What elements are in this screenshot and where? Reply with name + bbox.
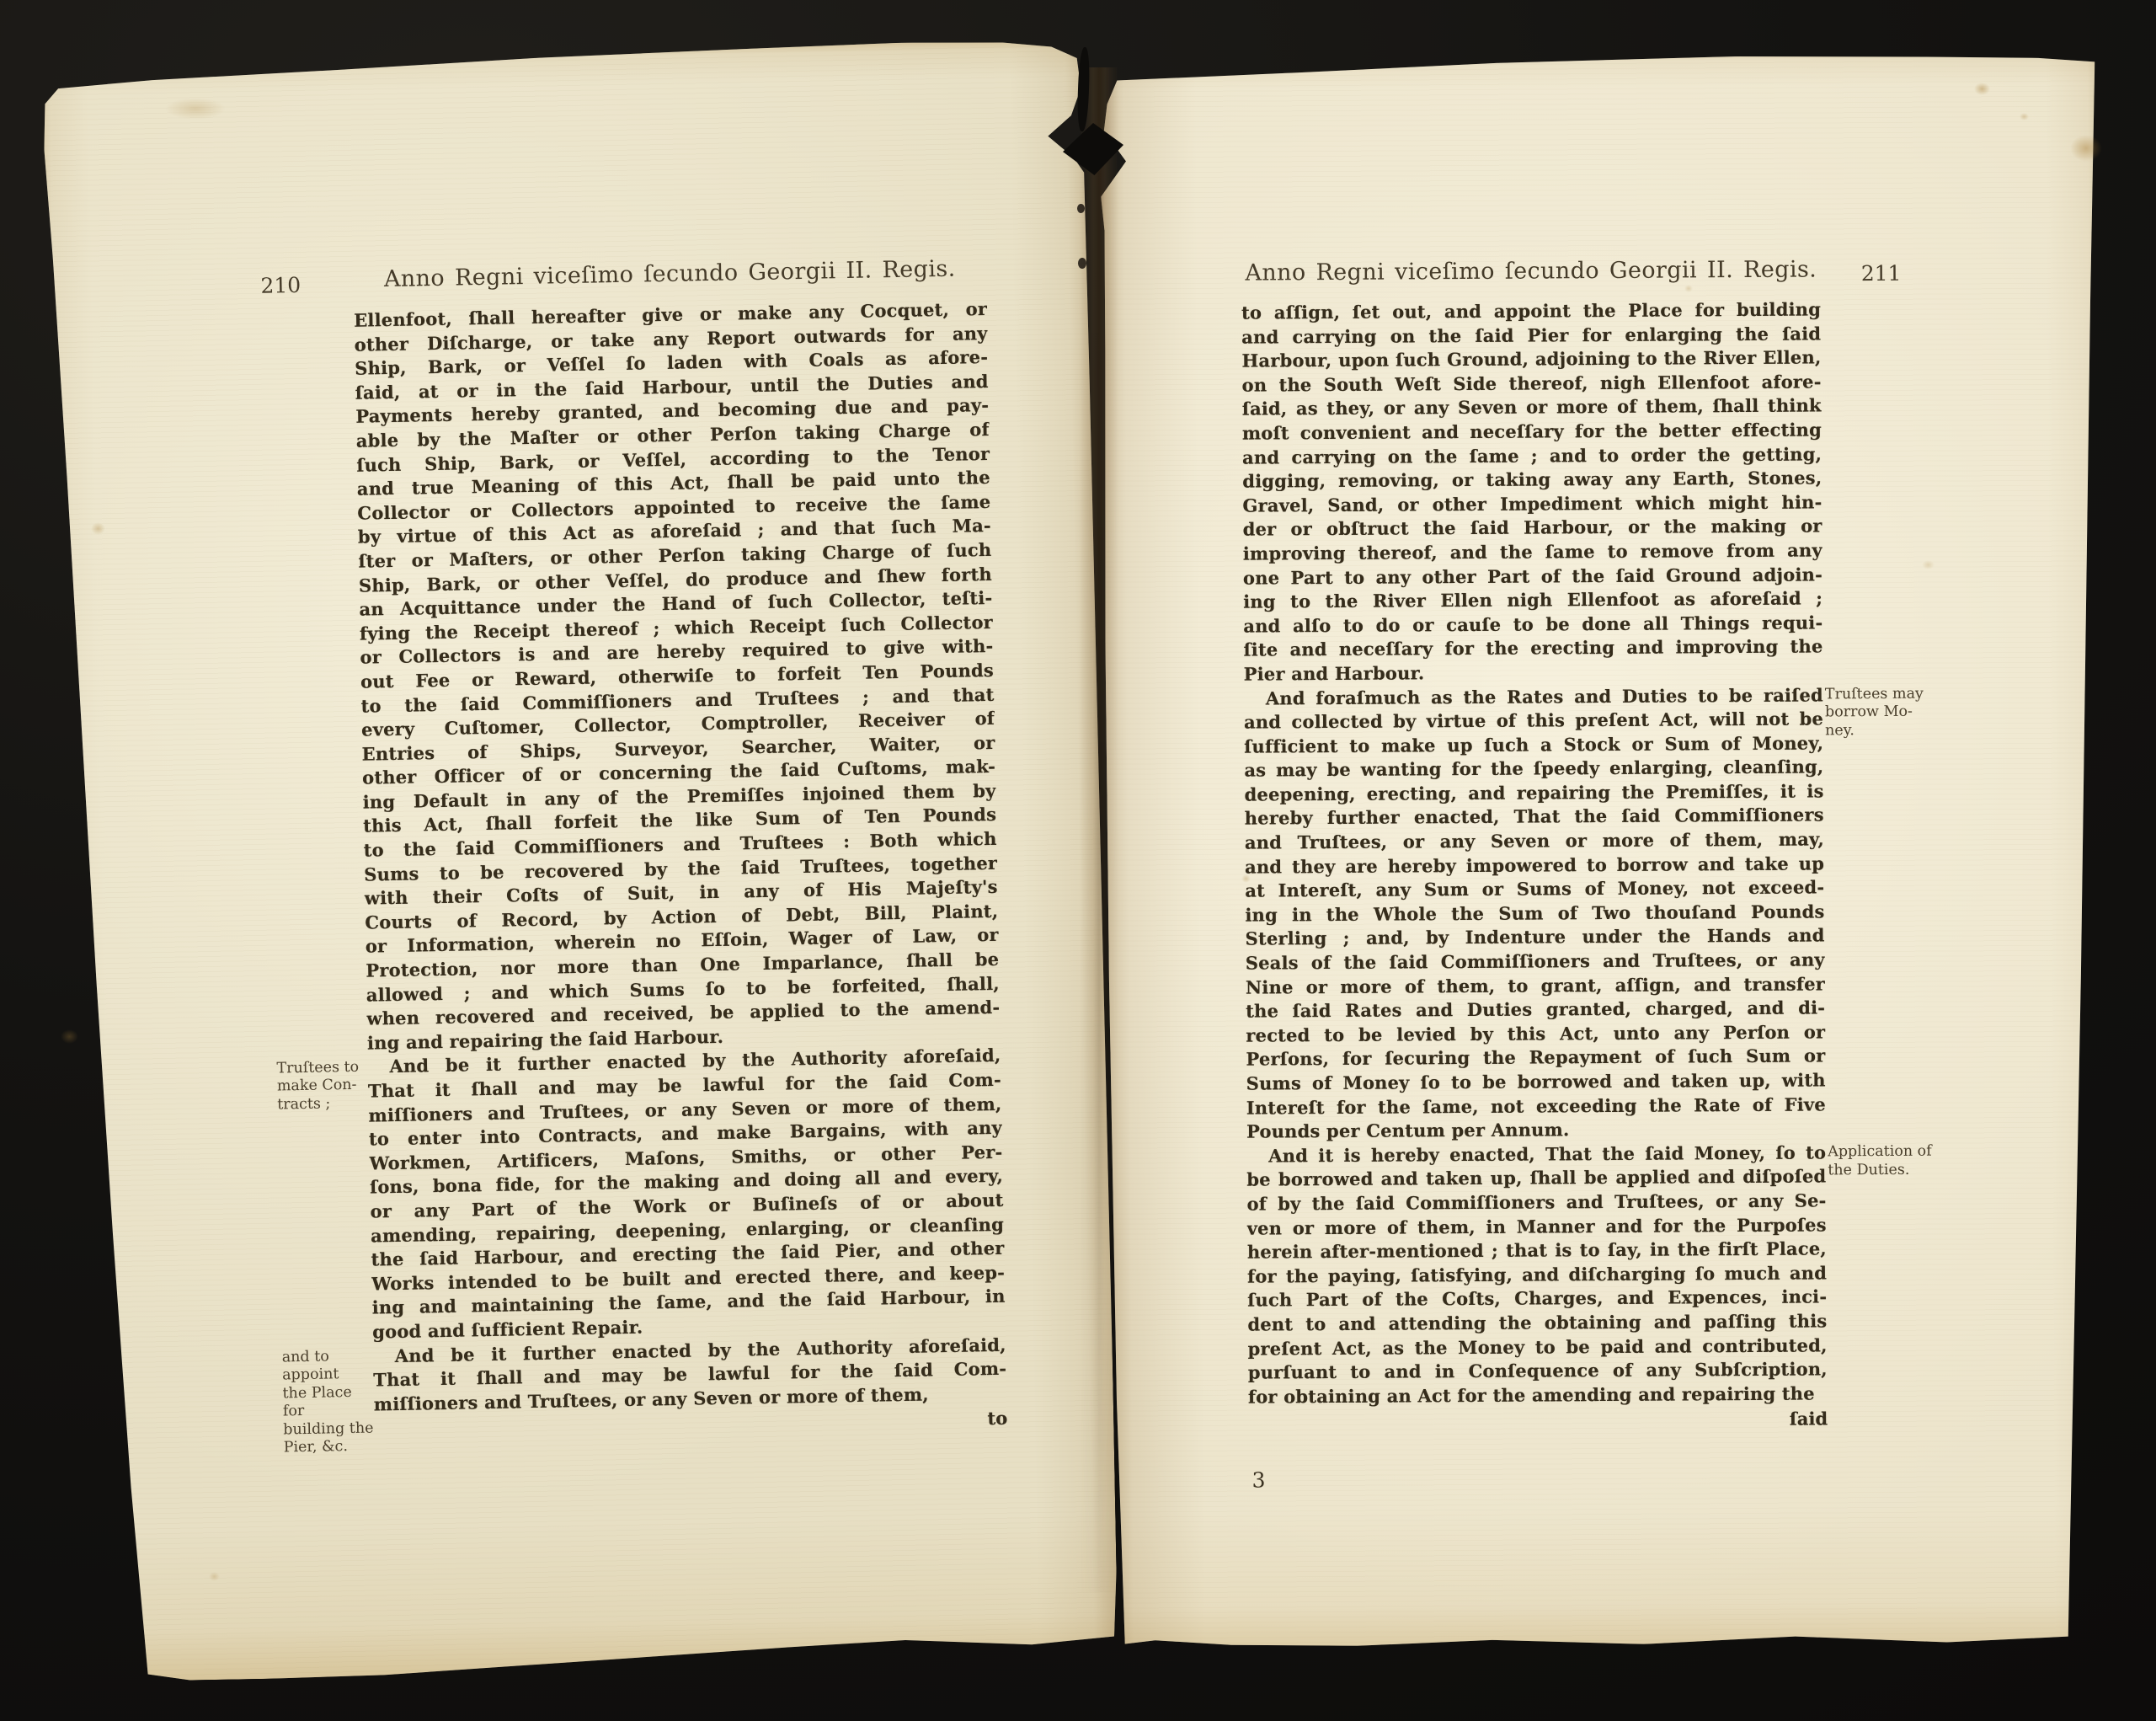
text-line: Sums of Money ſo to be borrowed and take… [1246, 1068, 1826, 1096]
body-text: Ellenfoot, ſhall hereafter give or make … [354, 297, 1007, 1417]
fox-spot [1922, 560, 1935, 569]
text-line: the ſaid Rates and Duties granted, charg… [1246, 997, 1825, 1024]
text-line: for obtaining an Act for the amending an… [1248, 1382, 1828, 1409]
fox-spot [61, 1029, 78, 1044]
text-line: purſuant to and in Conſequence of any Su… [1248, 1358, 1828, 1386]
margin-note-line: and to appoint [282, 1347, 377, 1385]
text-line: digging, removing, or taking away any Ea… [1242, 467, 1822, 494]
text-line: and alſo to do or cauſe to be done all T… [1243, 611, 1822, 639]
left-page: 210 Anno Regni viceſimo ſecundo Georgii … [34, 38, 1118, 1683]
text-line: Sterling ; and, by Indenture under the H… [1246, 924, 1825, 952]
margin-note: Application ofthe Duties. [1828, 1142, 1961, 1179]
text-line: and collected by virtue of this preſent … [1244, 708, 1823, 735]
text-line: Perſons, for ſecuring the Repayment of ſ… [1246, 1045, 1825, 1072]
text-line: deepening, erecting, and repairing the P… [1245, 779, 1824, 807]
text-line: and carrying on the ſaid Pier for enlarg… [1241, 322, 1821, 350]
fox-spot [1974, 83, 1990, 95]
margin-note-line: Truſtees to [276, 1058, 371, 1078]
paragraph: And be it further enacted by the Authori… [372, 1333, 1006, 1417]
signature-mark: 3 [1251, 1467, 1265, 1492]
paragraph: And it is hereby enacted, That the ſaid … [1246, 1141, 1828, 1409]
margin-note-line: building the [283, 1419, 377, 1440]
margin-note-line: make Con- [277, 1077, 371, 1097]
fox-spot [1241, 874, 1251, 883]
body-text: to aſſign, ſet out, and appoint the Plac… [1241, 297, 1828, 1408]
running-header: Anno Regni viceſimo ſecundo Georgii II. … [1241, 256, 1821, 286]
margin-note-line: the Place for [282, 1383, 377, 1421]
text-line: ing to the River Ellen nigh Ellenfoot as… [1243, 587, 1822, 615]
text-line: of by the ſaid Commiſſioners and Truſtee… [1246, 1189, 1826, 1216]
text-line: herein after-mentioned ; that is to ſay,… [1247, 1237, 1827, 1265]
text-line: ſuch Part of the Coſts, Charges, and Exp… [1247, 1285, 1827, 1313]
text-line: on the South Weſt Side thereof, nigh Ell… [1242, 370, 1822, 398]
catchword: ſaid [1248, 1407, 1828, 1435]
text-line: and they are hereby impowered to borrow … [1245, 852, 1824, 879]
text-line: ven or more of them, in Manner and for t… [1247, 1213, 1827, 1241]
text-line: And foraſmuch as the Rates and Duties to… [1244, 683, 1823, 711]
text-line: der or obſtruct the ſaid Harbour, or the… [1243, 515, 1822, 542]
text-line: Pounds per Centum per Annum. [1246, 1117, 1826, 1145]
text-line: to aſſign, ſet out, and appoint the Plac… [1241, 297, 1821, 325]
margin-note-line: ney. [1825, 721, 1958, 740]
text-line: Intereſt for the ſame, not exceeding the… [1246, 1093, 1826, 1120]
right-page: Anno Regni viceſimo ſecundo Georgii II. … [1095, 47, 2114, 1654]
margin-note: Truſtees tomake Con-tracts ; [276, 1058, 371, 1114]
text-line: dent to and attending the obtaining and … [1247, 1309, 1827, 1337]
text-line: moſt convenient and neceſſary for the be… [1242, 418, 1822, 446]
text-line: preſent Act, as the Money to be paid and… [1248, 1334, 1828, 1361]
text-line: at Intereſt, any Sum or Sums of Money, n… [1245, 876, 1824, 904]
text-line: Nine or more of them, to grant, aſſign, … [1246, 972, 1825, 1000]
page-number: 210 [260, 273, 301, 298]
margin-note-line: tracts ; [277, 1094, 371, 1114]
text-line: And it is hereby enacted, That the ſaid … [1246, 1141, 1826, 1168]
text-line: ſufficient to make up ſuch a Stock or Su… [1244, 731, 1823, 759]
paragraph: to aſſign, ſet out, and appoint the Plac… [1241, 297, 1823, 687]
gutter-hole-icon [1078, 258, 1086, 269]
fox-spot [2020, 113, 2029, 120]
text-line: and carrying on the ſame ; and to order … [1242, 442, 1822, 470]
paragraph: And be it further enacted by the Authori… [367, 1044, 1006, 1344]
book-spread: 210 Anno Regni viceſimo ſecundo Georgii … [0, 0, 2156, 1721]
paragraph: And foraſmuch as the Rates and Duties to… [1244, 683, 1826, 1144]
text-line: be borrowed and taken up, ſhall be appli… [1246, 1165, 1826, 1193]
fox-spot [91, 522, 105, 535]
text-line: ing in the Whole the Sum of Two thouſand… [1245, 900, 1824, 927]
margin-note-line: Truſtees may [1825, 685, 1958, 703]
margin-note-line: Pier, &c. [284, 1438, 378, 1458]
gutter-crease [1080, 67, 1118, 1592]
fox-spot [2070, 135, 2102, 162]
margin-note-line: Application of [1828, 1142, 1961, 1161]
margin-note-line: the Duties. [1828, 1161, 1961, 1179]
gutter-hole-icon [1077, 204, 1085, 213]
margin-note-line: borrow Mo- [1825, 703, 1958, 722]
text-line: Gravel, Sand, or other Impediment which … [1242, 490, 1822, 518]
text-line: Seals of the ſaid Commiſſioners and Truſ… [1246, 948, 1825, 975]
page-number: 211 [1861, 261, 1902, 286]
text-line: rected to be levied by this Act, unto an… [1246, 1020, 1825, 1048]
fox-spot [1684, 285, 1693, 292]
text-line: ſite and neceſſary for the erecting and … [1243, 635, 1822, 663]
running-header: Anno Regni viceſimo ſecundo Georgii II. … [353, 255, 986, 293]
text-line: ſaid, as they, or any Seven or more of t… [1242, 394, 1822, 422]
paragraph: Ellenfoot, ſhall hereafter give or make … [354, 297, 1001, 1056]
margin-note: Truſtees mayborrow Mo-ney. [1825, 685, 1958, 740]
text-line: Harbour, upon ſuch Ground, adjoining to … [1241, 346, 1821, 374]
text-line: and Truſtees, or any Seven or more of th… [1245, 827, 1824, 855]
margin-note: and to appointthe Place forbuilding theP… [282, 1347, 378, 1457]
fox-spot [165, 98, 226, 120]
text-line: hereby further enacted, That the ſaid Co… [1245, 804, 1824, 831]
text-line: Pier and Harbour. [1244, 659, 1823, 687]
text-line: one Part to any other Part of the ſaid G… [1243, 563, 1822, 591]
text-line: improving thereof, and the ſame to remov… [1243, 538, 1822, 566]
text-line: for the paying, ſatisfying, and diſcharg… [1247, 1261, 1827, 1289]
fox-spot [209, 1572, 220, 1581]
text-line: as may be wanting for the ſpeedy enlargi… [1244, 756, 1823, 783]
